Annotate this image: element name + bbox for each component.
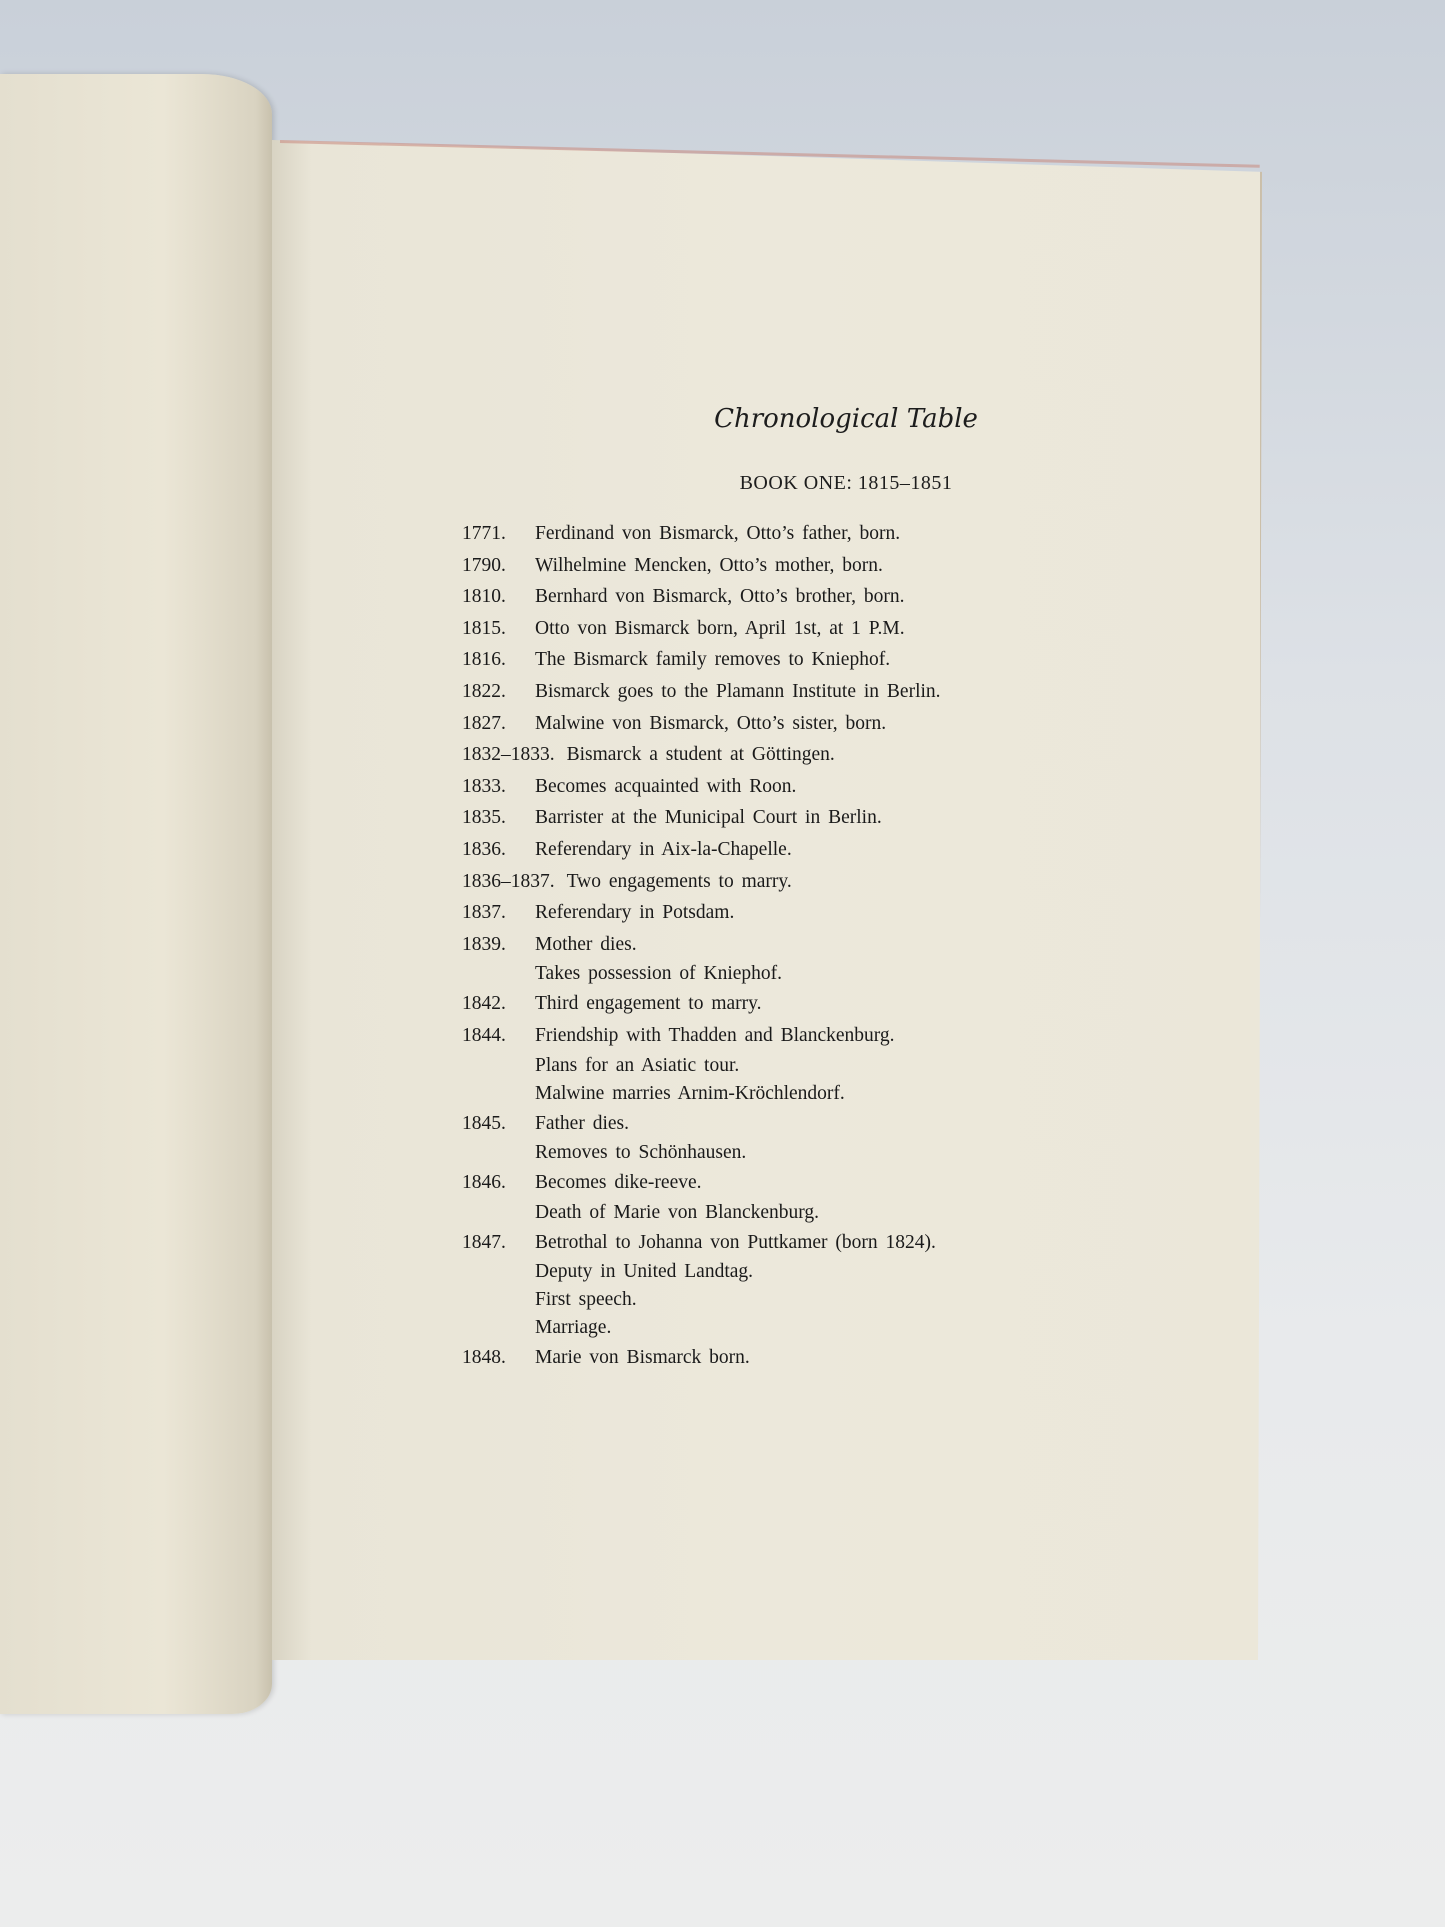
chronology-entry: 1822.Bismarck goes to the Plamann Instit… bbox=[462, 676, 1162, 708]
chronology-entry: 1839.Mother dies.Takes possession of Kni… bbox=[462, 929, 1162, 989]
chronology-entry: 1815.Otto von Bismarck born, April 1st, … bbox=[462, 613, 1162, 645]
entry-year: 1844. bbox=[462, 1020, 535, 1108]
entry-event-text: Barrister at the Municipal Court in Berl… bbox=[535, 802, 882, 834]
entry-event-text: Marie von Bismarck born. bbox=[535, 1342, 750, 1374]
entry-event-text: Bernhard von Bismarck, Otto’s brother, b… bbox=[535, 581, 905, 613]
entry-year: 1836–1837. bbox=[462, 866, 567, 898]
entry-event-text: Betrothal to Johanna von Puttkamer (born… bbox=[535, 1227, 936, 1259]
entry-events: Ferdinand von Bismarck, Otto’s father, b… bbox=[535, 518, 900, 550]
entry-event-text: Malwine marries Arnim-Kröchlendorf. bbox=[535, 1080, 895, 1108]
entry-year: 1836. bbox=[462, 834, 535, 866]
entry-year: 1846. bbox=[462, 1167, 535, 1227]
entry-year: 1842. bbox=[462, 988, 535, 1020]
chronology-entry: 1836–1837.Two engagements to marry. bbox=[462, 866, 1162, 898]
entry-year: 1827. bbox=[462, 708, 535, 740]
entry-events: Wilhelmine Mencken, Otto’s mother, born. bbox=[535, 550, 883, 582]
entry-event-text: Deputy in United Landtag. bbox=[535, 1258, 936, 1286]
entry-events: Bismarck goes to the Plamann Institute i… bbox=[535, 676, 941, 708]
entry-events: Becomes dike-reeve.Death of Marie von Bl… bbox=[535, 1167, 819, 1227]
entry-event-text: Takes possession of Kniephof. bbox=[535, 960, 782, 988]
entry-year: 1816. bbox=[462, 644, 535, 676]
entry-event-text: Father dies. bbox=[535, 1108, 746, 1140]
entry-events: Father dies.Removes to Schönhausen. bbox=[535, 1108, 746, 1168]
entry-events: Mother dies.Takes possession of Kniephof… bbox=[535, 929, 782, 989]
entry-event-text: Removes to Schönhausen. bbox=[535, 1139, 746, 1167]
entry-event-text: Becomes dike-reeve. bbox=[535, 1167, 819, 1199]
entry-events: Becomes acquainted with Roon. bbox=[535, 771, 796, 803]
entry-event-text: First speech. bbox=[535, 1286, 936, 1314]
chronology-entry: 1833.Becomes acquainted with Roon. bbox=[462, 771, 1162, 803]
chronology-entry: 1836.Referendary in Aix-la-Chapelle. bbox=[462, 834, 1162, 866]
chronology-entry: 1848.Marie von Bismarck born. bbox=[462, 1342, 1162, 1374]
entry-year: 1848. bbox=[462, 1342, 535, 1374]
entry-events: Third engagement to marry. bbox=[535, 988, 762, 1020]
entry-event-text: Two engagements to marry. bbox=[567, 866, 792, 898]
section-heading: BOOK ONE: 1815–1851 bbox=[272, 472, 1260, 495]
entry-year: 1790. bbox=[462, 550, 535, 582]
entry-year: 1839. bbox=[462, 929, 535, 989]
entry-event-text: Bismarck a student at Göttingen. bbox=[567, 739, 835, 771]
entry-event-text: Third engagement to marry. bbox=[535, 988, 762, 1020]
entry-events: Friendship with Thadden and Blanckenburg… bbox=[535, 1020, 895, 1108]
entry-events: Bernhard von Bismarck, Otto’s brother, b… bbox=[535, 581, 905, 613]
chronology-entry: 1846.Becomes dike-reeve.Death of Marie v… bbox=[462, 1167, 1162, 1227]
entry-events: Referendary in Potsdam. bbox=[535, 897, 734, 929]
chronology-entry: 1847.Betrothal to Johanna von Puttkamer … bbox=[462, 1227, 1162, 1343]
entry-year: 1771. bbox=[462, 518, 535, 550]
entry-year: 1822. bbox=[462, 676, 535, 708]
entry-event-text: Mother dies. bbox=[535, 929, 782, 961]
entry-events: Bismarck a student at Göttingen. bbox=[567, 739, 835, 771]
entry-event-text: Death of Marie von Blanckenburg. bbox=[535, 1199, 819, 1227]
entry-event-text: Malwine von Bismarck, Otto’s sister, bor… bbox=[535, 708, 886, 740]
entry-events: Marie von Bismarck born. bbox=[535, 1342, 750, 1374]
entry-event-text: The Bismarck family removes to Kniephof. bbox=[535, 644, 890, 676]
entry-event-text: Wilhelmine Mencken, Otto’s mother, born. bbox=[535, 550, 883, 582]
entry-event-text: Friendship with Thadden and Blanckenburg… bbox=[535, 1020, 895, 1052]
chronology-entry: 1835.Barrister at the Municipal Court in… bbox=[462, 802, 1162, 834]
entry-event-text: Ferdinand von Bismarck, Otto’s father, b… bbox=[535, 518, 900, 550]
entry-year: 1837. bbox=[462, 897, 535, 929]
chronology-entry: 1790.Wilhelmine Mencken, Otto’s mother, … bbox=[462, 550, 1162, 582]
chronology-entry: 1832–1833.Bismarck a student at Göttinge… bbox=[462, 739, 1162, 771]
chronology-entry: 1844.Friendship with Thadden and Blancke… bbox=[462, 1020, 1162, 1108]
entry-year: 1845. bbox=[462, 1108, 535, 1168]
entry-event-text: Bismarck goes to the Plamann Institute i… bbox=[535, 676, 941, 708]
entry-year: 1815. bbox=[462, 613, 535, 645]
chronology-entry: 1827.Malwine von Bismarck, Otto’s sister… bbox=[462, 708, 1162, 740]
entry-event-text: Referendary in Aix-la-Chapelle. bbox=[535, 834, 792, 866]
entry-event-text: Becomes acquainted with Roon. bbox=[535, 771, 796, 803]
page-title: Chronological Table bbox=[272, 404, 1260, 434]
chronology-list: 1771.Ferdinand von Bismarck, Otto’s fath… bbox=[462, 518, 1162, 1374]
entry-events: Otto von Bismarck born, April 1st, at 1 … bbox=[535, 613, 905, 645]
entry-events: Referendary in Aix-la-Chapelle. bbox=[535, 834, 792, 866]
entry-event-text: Referendary in Potsdam. bbox=[535, 897, 734, 929]
entry-year: 1833. bbox=[462, 771, 535, 803]
entry-year: 1835. bbox=[462, 802, 535, 834]
entry-events: Betrothal to Johanna von Puttkamer (born… bbox=[535, 1227, 936, 1343]
entry-events: Malwine von Bismarck, Otto’s sister, bor… bbox=[535, 708, 886, 740]
entry-event-text: Marriage. bbox=[535, 1314, 936, 1342]
entry-events: Barrister at the Municipal Court in Berl… bbox=[535, 802, 882, 834]
entry-year: 1847. bbox=[462, 1227, 535, 1343]
chronology-entry: 1845.Father dies.Removes to Schönhausen. bbox=[462, 1108, 1162, 1168]
entry-year: 1810. bbox=[462, 581, 535, 613]
entry-event-text: Plans for an Asiatic tour. bbox=[535, 1052, 895, 1080]
entry-event-text: Otto von Bismarck born, April 1st, at 1 … bbox=[535, 613, 905, 645]
chronology-entry: 1771.Ferdinand von Bismarck, Otto’s fath… bbox=[462, 518, 1162, 550]
entry-year: 1832–1833. bbox=[462, 739, 567, 771]
chronology-entry: 1816.The Bismarck family removes to Knie… bbox=[462, 644, 1162, 676]
chronology-entry: 1842.Third engagement to marry. bbox=[462, 988, 1162, 1020]
entry-events: The Bismarck family removes to Kniephof. bbox=[535, 644, 890, 676]
chronology-entry: 1810.Bernhard von Bismarck, Otto’s broth… bbox=[462, 581, 1162, 613]
left-page bbox=[0, 74, 272, 1714]
chronology-entry: 1837.Referendary in Potsdam. bbox=[462, 897, 1162, 929]
entry-events: Two engagements to marry. bbox=[567, 866, 792, 898]
